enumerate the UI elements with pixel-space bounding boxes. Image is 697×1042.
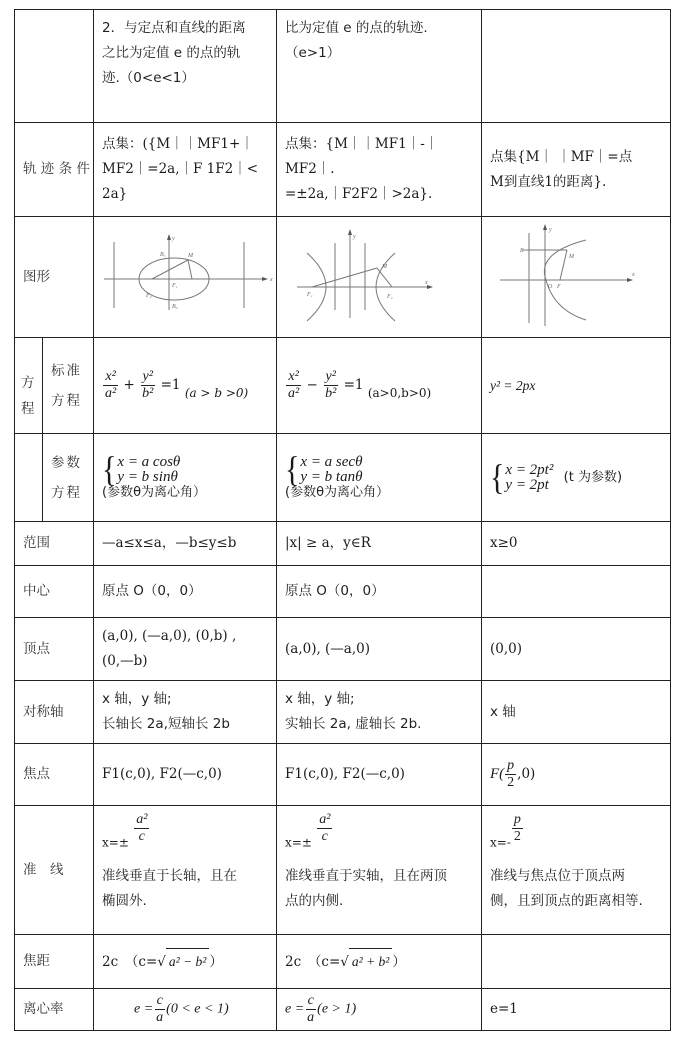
rhs: =1 — [161, 377, 181, 393]
directrix-formula: x=± a²c — [102, 827, 276, 858]
ellipse-graph-icon: y x M F₁ F₂ B₁ B₂ — [94, 218, 276, 337]
group-label-text: 方程 — [21, 370, 37, 422]
svg-text:O: O — [548, 284, 553, 290]
conic-comparison-table: 2．与定点和直线的距离 之比为定值 e 的点的轨 迹.（0<e<1） 比为定值 … — [14, 9, 671, 1031]
svg-text:E: E — [519, 248, 524, 254]
parabola-definition-cell — [482, 10, 671, 123]
text-line: 长轴长 2a,短轴长 2b — [102, 712, 276, 737]
fraction: x²a² — [103, 370, 118, 401]
parabola-locus-cell: 点集{M｜ ｜MF｜=点 M到直线1的距离}. — [482, 123, 671, 217]
hyperbola-definition-cell: 比为定值 e 的点的轨迹. （e>1） — [277, 10, 482, 123]
prefix: e = — [134, 1002, 153, 1017]
svg-text:x: x — [424, 280, 428, 286]
table-row-directrix: 准 线 x=± a²c 准线垂直于长轴，且在 椭圆外. x=± a²c 准线垂直… — [15, 806, 671, 935]
hyperbola-eccentricity: e =ca(e > 1) — [277, 989, 482, 1031]
table-row-center: 中心 原点 O（0，0） 原点 O（0，0） — [15, 566, 671, 618]
text-line: (0,—b) — [102, 649, 276, 674]
parabola-directrix: x=-p2 准线与焦点位于顶点两 侧，且到顶点的距离相等. — [482, 806, 671, 935]
fraction: ca — [154, 994, 165, 1025]
brace-system: {x = a secθy = b tanθ — [285, 455, 362, 485]
rhs: =1 — [344, 377, 364, 393]
fraction: x²a² — [286, 370, 301, 401]
label-text: 参数方程 — [51, 448, 89, 508]
row-group-label-empty — [15, 434, 43, 522]
operator: − — [307, 377, 318, 393]
row-label-focal-distance: 焦距 — [15, 935, 94, 989]
ellipse-vertex: (a,0), (—a,0), (0,b) , (0,—b) — [94, 618, 277, 681]
text-line: 椭圆外. — [102, 889, 276, 914]
note: (参数θ为离心角） — [285, 485, 481, 501]
radicand: a² + b² — [349, 948, 392, 974]
condition: (a > b >0) — [185, 386, 248, 400]
text-line: 侧，且到顶点的距离相等. — [490, 889, 670, 914]
text-line: MF2｜=2a,｜F 1F2｜< — [102, 157, 276, 182]
row-label-empty — [15, 10, 94, 123]
row-label-range: 范围 — [15, 522, 94, 566]
svg-text:x: x — [269, 277, 273, 283]
text-line: 准线垂直于实轴，且在两顶 — [285, 864, 481, 889]
svg-text:y: y — [548, 227, 552, 233]
ellipse-parametric-equation: {x = a cosθy = b sinθ (参数θ为离心角） — [94, 434, 277, 522]
text-line: 准线与焦点位于顶点两 — [490, 864, 670, 889]
table-row-parametric-equation: 参数方程 {x = a cosθy = b sinθ (参数θ为离心角） {x … — [15, 434, 671, 522]
ellipse-axis: x 轴，y 轴; 长轴长 2a,短轴长 2b — [94, 681, 277, 744]
parabola-focal-distance — [482, 935, 671, 989]
table-row-focus: 焦点 F1(c,0), F2(—c,0) F1(c,0), F2(—c,0) F… — [15, 744, 671, 806]
svg-text:B₂: B₂ — [172, 304, 178, 310]
brace-system: {x = a cosθy = b sinθ — [102, 455, 180, 485]
conic-sections-table-page: 2．与定点和直线的距离 之比为定值 e 的点的轨 迹.（0<e<1） 比为定值 … — [0, 0, 697, 1042]
parabola-parametric-equation: {x = 2pt²y = 2pt (t 为参数) — [482, 434, 671, 522]
svg-text:F₁: F₁ — [171, 283, 178, 289]
ellipse-eccentricity: e =ca(0 < e < 1) — [94, 989, 277, 1031]
text-line: x 轴，y 轴; — [102, 687, 276, 712]
row-label-standard: 标准方程 — [43, 338, 94, 434]
svg-text:M: M — [187, 253, 194, 259]
prefix: F( — [490, 766, 504, 782]
ellipse-definition-cell: 2．与定点和直线的距离 之比为定值 e 的点的轨 迹.（0<e<1） — [94, 10, 277, 123]
ellipse-range: —a≤x≤a，—b≤y≤b — [94, 522, 277, 566]
ellipse-directrix: x=± a²c 准线垂直于长轴，且在 椭圆外. — [94, 806, 277, 935]
prefix: e = — [285, 1002, 304, 1017]
row-label-focus: 焦点 — [15, 744, 94, 806]
suffix: ） — [209, 954, 223, 970]
svg-text:y: y — [171, 236, 175, 242]
fraction: ca — [305, 994, 316, 1025]
directrix-formula: x=± a²c — [285, 827, 481, 858]
text-line: (a,0), (—a,0), (0,b) , — [102, 624, 276, 649]
table-row-graph: 图形 y x M F₁ F₂ — [15, 217, 671, 338]
parabola-vertex: (0,0) — [482, 618, 671, 681]
hyperbola-parametric-equation: {x = a secθy = b tanθ (参数θ为离心角） — [277, 434, 482, 522]
table-row-intro: 2．与定点和直线的距离 之比为定值 e 的点的轨 迹.（0<e<1） 比为定值 … — [15, 10, 671, 123]
fraction: p2 — [505, 759, 516, 790]
row-label-graph: 图形 — [15, 217, 94, 338]
hyperbola-graph-icon: y x M F₁ F₂ — [277, 218, 481, 337]
text-line: 点集{M｜ ｜MF｜=点 — [490, 145, 670, 170]
note: (参数θ为离心角） — [102, 485, 276, 501]
prefix: 2c （c= — [102, 954, 157, 970]
svg-text:x: x — [631, 272, 635, 278]
ellipse-graph-cell: y x M F₁ F₂ B₁ B₂ — [94, 217, 277, 338]
parabola-eccentricity: e=1 — [482, 989, 671, 1031]
row-label-parametric: 参数方程 — [43, 434, 94, 522]
table-row-locus: 轨 迹 条 件 点集：({M｜｜MF1+｜ MF2｜=2a,｜F 1F2｜< 2… — [15, 123, 671, 217]
text-line: 点的内侧. — [285, 889, 481, 914]
fraction: y²b² — [140, 370, 155, 401]
suffix: ） — [392, 954, 406, 970]
hyperbola-directrix: x=± a²c 准线垂直于实轴，且在两顶 点的内侧. — [277, 806, 482, 935]
radicand: a² − b² — [166, 948, 209, 974]
text-line: 实轴长 2a, 虚轴长 2b. — [285, 712, 481, 737]
hyperbola-axis: x 轴，y 轴; 实轴长 2a, 虚轴长 2b. — [277, 681, 482, 744]
row-label-center: 中心 — [15, 566, 94, 618]
row-label-eccentricity: 离心率 — [15, 989, 94, 1031]
parabola-focus: F(p2,0) — [482, 744, 671, 806]
parabola-range: x≥0 — [482, 522, 671, 566]
sqrt-icon: √ — [340, 954, 349, 970]
ellipse-center: 原点 O（0，0） — [94, 566, 277, 618]
table-row-symmetry-axis: 对称轴 x 轴，y 轴; 长轴长 2a,短轴长 2b x 轴，y 轴; 实轴长 … — [15, 681, 671, 744]
ellipse-focus: F1(c,0), F2(—c,0) — [94, 744, 277, 806]
directrix-formula: x=-p2 — [490, 827, 670, 858]
text-line: MF2｜. — [285, 157, 481, 182]
text-line: 迹.（0<e<1） — [102, 66, 276, 91]
svg-text:B₁: B₁ — [160, 252, 166, 258]
text-line: 2a} — [102, 182, 276, 207]
svg-text:M: M — [568, 254, 575, 260]
svg-text:F₂: F₂ — [145, 293, 152, 299]
parabola-axis: x 轴 — [482, 681, 671, 744]
suffix: (e > 1) — [317, 1002, 356, 1017]
prefix: 2c （c= — [285, 954, 340, 970]
text-line: 准线垂直于长轴，且在 — [102, 864, 276, 889]
parabola-standard-equation: y² = 2px — [482, 338, 671, 434]
text-line: =±2a,｜F2F2｜>2a}. — [285, 182, 481, 207]
text-line: 点集：({M｜｜MF1+｜ — [102, 132, 276, 157]
table-row-eccentricity: 离心率 e =ca(0 < e < 1) e =ca(e > 1) e=1 — [15, 989, 671, 1031]
fraction: y²b² — [323, 370, 338, 401]
svg-text:M: M — [381, 264, 388, 270]
table-row-vertex: 顶点 (a,0), (—a,0), (0,b) , (0,—b) (a,0), … — [15, 618, 671, 681]
hyperbola-standard-equation: x²a² − y²b² =1 (a>0,b>0) — [277, 338, 482, 434]
hyperbola-graph-cell: y x M F₁ F₂ — [277, 217, 482, 338]
svg-text:F₂: F₂ — [386, 294, 393, 300]
suffix: (0 < e < 1) — [166, 1002, 228, 1017]
suffix: ,0) — [517, 766, 535, 782]
row-label-vertex: 顶点 — [15, 618, 94, 681]
note: (t 为参数) — [564, 470, 622, 485]
row-group-label-equation: 方程 — [15, 338, 43, 434]
parabola-graph-icon: y x M E O F — [482, 218, 670, 337]
table-row-focal-distance: 焦距 2c （c=√a² − b²） 2c （c=√a² + b²） — [15, 935, 671, 989]
text-line: 比为定值 e 的点的轨迹. — [285, 16, 481, 41]
row-label-locus: 轨 迹 条 件 — [15, 123, 94, 217]
row-label-axis: 对称轴 — [15, 681, 94, 744]
ellipse-standard-equation: x²a² + y²b² =1 (a > b >0) — [94, 338, 277, 434]
label-text: 标准方程 — [51, 356, 89, 416]
row-label-directrix: 准 线 — [15, 806, 94, 935]
svg-text:F₁: F₁ — [306, 292, 313, 298]
operator: + — [124, 377, 135, 393]
hyperbola-vertex: (a,0), (—a,0) — [277, 618, 482, 681]
hyperbola-locus-cell: 点集：{M｜｜MF1｜-｜ MF2｜. =±2a,｜F2F2｜>2a}. — [277, 123, 482, 217]
table-row-standard-equation: 方程 标准方程 x²a² + y²b² =1 (a > b >0) x²a² −… — [15, 338, 671, 434]
ellipse-locus-cell: 点集：({M｜｜MF1+｜ MF2｜=2a,｜F 1F2｜< 2a} — [94, 123, 277, 217]
brace-system: {x = 2pt²y = 2pt — [490, 463, 553, 493]
text-line: 2．与定点和直线的距离 — [102, 16, 276, 41]
sqrt-icon: √ — [157, 954, 166, 970]
hyperbola-range: |x| ≥ a，y∈R — [277, 522, 482, 566]
svg-text:F: F — [556, 284, 561, 290]
text-line: 点集：{M｜｜MF1｜-｜ — [285, 132, 481, 157]
text-line: x 轴，y 轴; — [285, 687, 481, 712]
hyperbola-center: 原点 O（0，0） — [277, 566, 482, 618]
text-line: （e>1） — [285, 41, 481, 66]
hyperbola-focus: F1(c,0), F2(—c,0) — [277, 744, 482, 806]
text-line: 之比为定值 e 的点的轨 — [102, 41, 276, 66]
parabola-graph-cell: y x M E O F — [482, 217, 671, 338]
hyperbola-focal-distance: 2c （c=√a² + b²） — [277, 935, 482, 989]
parabola-center — [482, 566, 671, 618]
text-line: M到直线1的距离}. — [490, 170, 670, 195]
ellipse-focal-distance: 2c （c=√a² − b²） — [94, 935, 277, 989]
table-row-range: 范围 —a≤x≤a，—b≤y≤b |x| ≥ a，y∈R x≥0 — [15, 522, 671, 566]
condition: (a>0,b>0) — [368, 386, 431, 400]
svg-text:y: y — [352, 234, 356, 240]
